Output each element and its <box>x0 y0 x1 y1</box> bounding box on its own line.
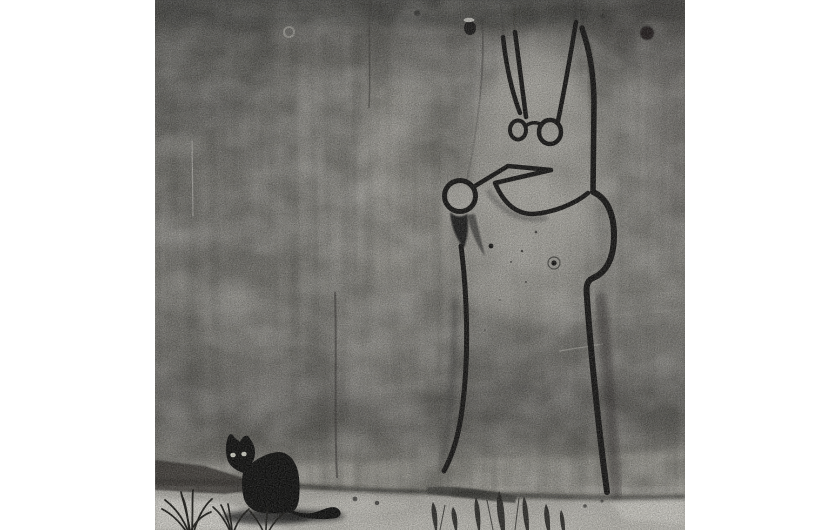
photograph <box>155 0 685 530</box>
page-background <box>0 0 840 530</box>
film-grain <box>155 0 685 530</box>
white-matte-right <box>685 0 840 530</box>
white-matte-left <box>0 0 155 530</box>
grain-light-layer <box>155 0 685 530</box>
photo-canvas <box>155 0 685 530</box>
